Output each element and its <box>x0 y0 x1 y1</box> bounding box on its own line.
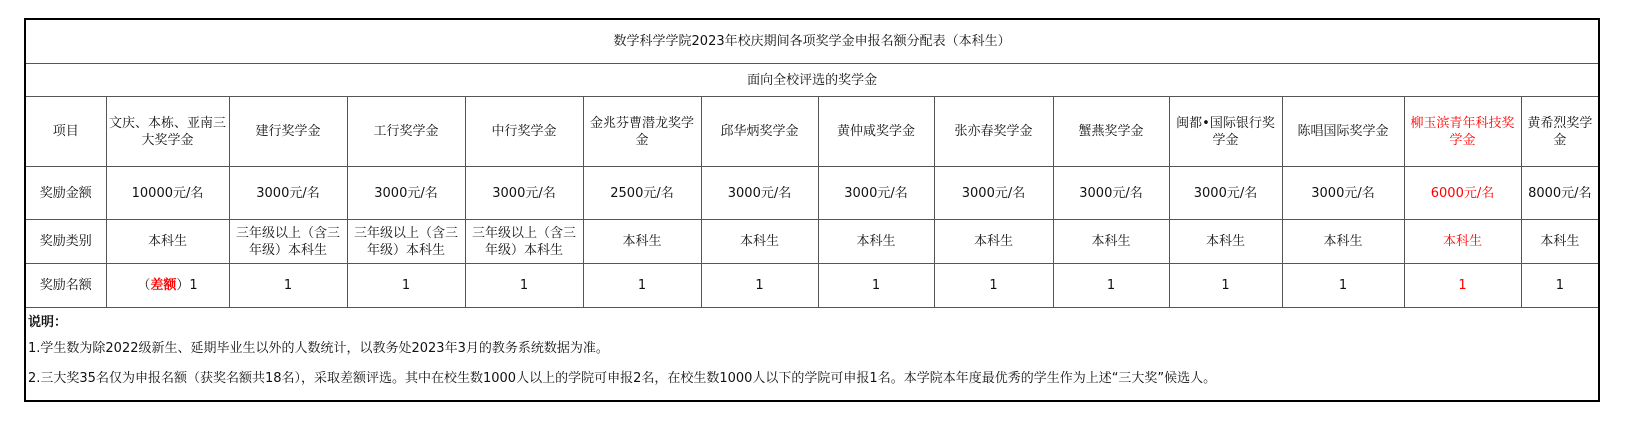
quota-cell: 1 <box>229 264 347 308</box>
column-header-highlighted: 柳玉滨青年科技奖学金 <box>1404 97 1521 167</box>
amount-cell: 3000元/名 <box>1053 167 1169 220</box>
type-cell: 本科生 <box>583 220 701 264</box>
quota-row: 奖励名额 （差额）1 1 1 1 1 1 1 1 1 1 1 1 1 <box>25 264 1599 308</box>
column-header: 文庆、本栋、亚南三大奖学金 <box>106 97 229 167</box>
amount-cell: 3000元/名 <box>818 167 934 220</box>
note-item: 1.学生数为除2022级新生、延期毕业生以外的人数统计，以教务处2023年3月的… <box>28 334 1596 364</box>
row-label-type: 奖励类别 <box>25 220 106 264</box>
note-item: 2.三大奖35名仅为申报名额（获奖名额共18名），采取差额评选。其中在校生数10… <box>28 364 1596 394</box>
quota-value: 1 <box>189 278 197 293</box>
quota-cell: 1 <box>583 264 701 308</box>
amount-cell-highlighted: 6000元/名 <box>1404 167 1521 220</box>
type-cell: 本科生 <box>1053 220 1169 264</box>
quota-cell: 1 <box>465 264 583 308</box>
quota-cell: 1 <box>818 264 934 308</box>
quota-cell: 1 <box>1282 264 1404 308</box>
quota-paren-open: （ <box>137 278 150 293</box>
amount-cell: 8000元/名 <box>1521 167 1599 220</box>
column-header: 建行奖学金 <box>229 97 347 167</box>
table-subtitle: 面向全校评选的奖学金 <box>25 64 1599 97</box>
type-cell: 本科生 <box>1169 220 1282 264</box>
amount-cell: 2500元/名 <box>583 167 701 220</box>
table-title: 数学科学学院2023年校庆期间各项奖学金申报名额分配表（本科生） <box>25 19 1599 64</box>
type-cell: 本科生 <box>106 220 229 264</box>
amount-cell: 3000元/名 <box>1282 167 1404 220</box>
column-header: 陈唱国际奖学金 <box>1282 97 1404 167</box>
type-row: 奖励类别 本科生 三年级以上（含三年级）本科生 三年级以上（含三年级）本科生 三… <box>25 220 1599 264</box>
quota-cell-highlighted: 1 <box>1404 264 1521 308</box>
quota-cell: 1 <box>1521 264 1599 308</box>
amount-cell: 3000元/名 <box>1169 167 1282 220</box>
column-header: 闽都•国际银行奖学金 <box>1169 97 1282 167</box>
quota-cell: （差额）1 <box>106 264 229 308</box>
amount-cell: 10000元/名 <box>106 167 229 220</box>
amount-cell: 3000元/名 <box>229 167 347 220</box>
amount-cell: 3000元/名 <box>701 167 818 220</box>
amount-cell: 3000元/名 <box>934 167 1053 220</box>
amount-row: 奖励金额 10000元/名 3000元/名 3000元/名 3000元/名 25… <box>25 167 1599 220</box>
type-cell: 三年级以上（含三年级）本科生 <box>229 220 347 264</box>
column-header: 黄希烈奖学金 <box>1521 97 1599 167</box>
type-cell: 本科生 <box>701 220 818 264</box>
type-cell: 本科生 <box>1521 220 1599 264</box>
column-header: 中行奖学金 <box>465 97 583 167</box>
type-cell-highlighted: 本科生 <box>1404 220 1521 264</box>
title-row: 数学科学学院2023年校庆期间各项奖学金申报名额分配表（本科生） <box>25 19 1599 64</box>
notes-block: 说明： 1.学生数为除2022级新生、延期毕业生以外的人数统计，以教务处2023… <box>26 308 1598 400</box>
type-cell: 本科生 <box>1282 220 1404 264</box>
type-cell: 三年级以上（含三年级）本科生 <box>465 220 583 264</box>
column-header: 金兆芬曹潜龙奖学金 <box>583 97 701 167</box>
quota-cell: 1 <box>934 264 1053 308</box>
column-header: 黄仲咸奖学金 <box>818 97 934 167</box>
row-label-quota: 奖励名额 <box>25 264 106 308</box>
notes-row: 说明： 1.学生数为除2022级新生、延期毕业生以外的人数统计，以教务处2023… <box>25 308 1599 402</box>
column-header: 蟹燕奖学金 <box>1053 97 1169 167</box>
type-cell: 本科生 <box>934 220 1053 264</box>
quota-paren-close: ） <box>176 278 189 293</box>
quota-cell: 1 <box>701 264 818 308</box>
row-label-item: 项目 <box>25 97 106 167</box>
type-cell: 三年级以上（含三年级）本科生 <box>347 220 465 264</box>
column-header: 张亦春奖学金 <box>934 97 1053 167</box>
header-row: 项目 文庆、本栋、亚南三大奖学金 建行奖学金 工行奖学金 中行奖学金 金兆芬曹潜… <box>25 97 1599 167</box>
quota-cell: 1 <box>1053 264 1169 308</box>
quota-cell: 1 <box>1169 264 1282 308</box>
subtitle-row: 面向全校评选的奖学金 <box>25 64 1599 97</box>
notes-title: 说明： <box>28 312 1596 334</box>
column-header: 工行奖学金 <box>347 97 465 167</box>
row-label-amount: 奖励金额 <box>25 167 106 220</box>
scholarship-allocation-table: 数学科学学院2023年校庆期间各项奖学金申报名额分配表（本科生） 面向全校评选的… <box>24 18 1600 402</box>
amount-cell: 3000元/名 <box>465 167 583 220</box>
type-cell: 本科生 <box>818 220 934 264</box>
quota-cell: 1 <box>347 264 465 308</box>
notes-cell: 说明： 1.学生数为除2022级新生、延期毕业生以外的人数统计，以教务处2023… <box>25 308 1599 402</box>
quota-highlight-text: 差额 <box>150 278 176 293</box>
column-header: 邱华炳奖学金 <box>701 97 818 167</box>
amount-cell: 3000元/名 <box>347 167 465 220</box>
